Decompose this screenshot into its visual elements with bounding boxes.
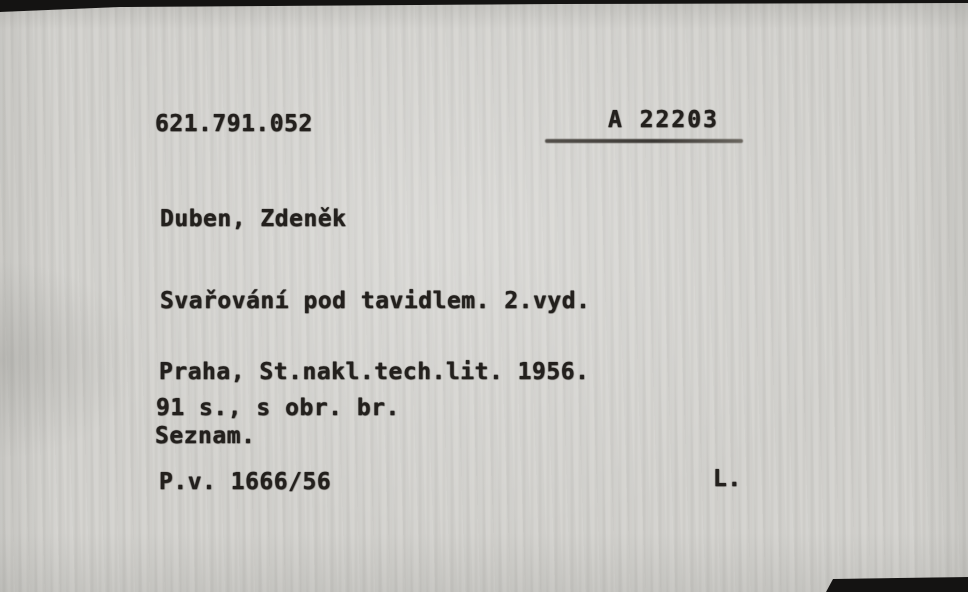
note-line: Seznam. bbox=[155, 423, 255, 449]
paper-shading bbox=[0, 260, 140, 460]
cataloguer-initial: L. bbox=[713, 466, 742, 492]
catalog-card-paper: 621.791.052 A 22203 Duben, Zdeněk Svařov… bbox=[0, 0, 968, 592]
scanned-catalog-card-image: 621.791.052 A 22203 Duben, Zdeněk Svařov… bbox=[0, 0, 968, 592]
imprint-line: Praha, St.nakl.tech.lit. 1956. bbox=[159, 359, 589, 385]
accession-underline bbox=[545, 139, 743, 143]
classification-number: 621.791.052 bbox=[155, 111, 313, 137]
record-number: P.v. 1666/56 bbox=[159, 469, 331, 495]
author-heading: Duben, Zdeněk bbox=[160, 206, 347, 232]
title-statement: Svařování pod tavidlem. 2.vyd. bbox=[160, 288, 590, 314]
accession-number: A 22203 bbox=[608, 107, 719, 133]
collation-line: 91 s., s obr. br. bbox=[156, 395, 400, 421]
